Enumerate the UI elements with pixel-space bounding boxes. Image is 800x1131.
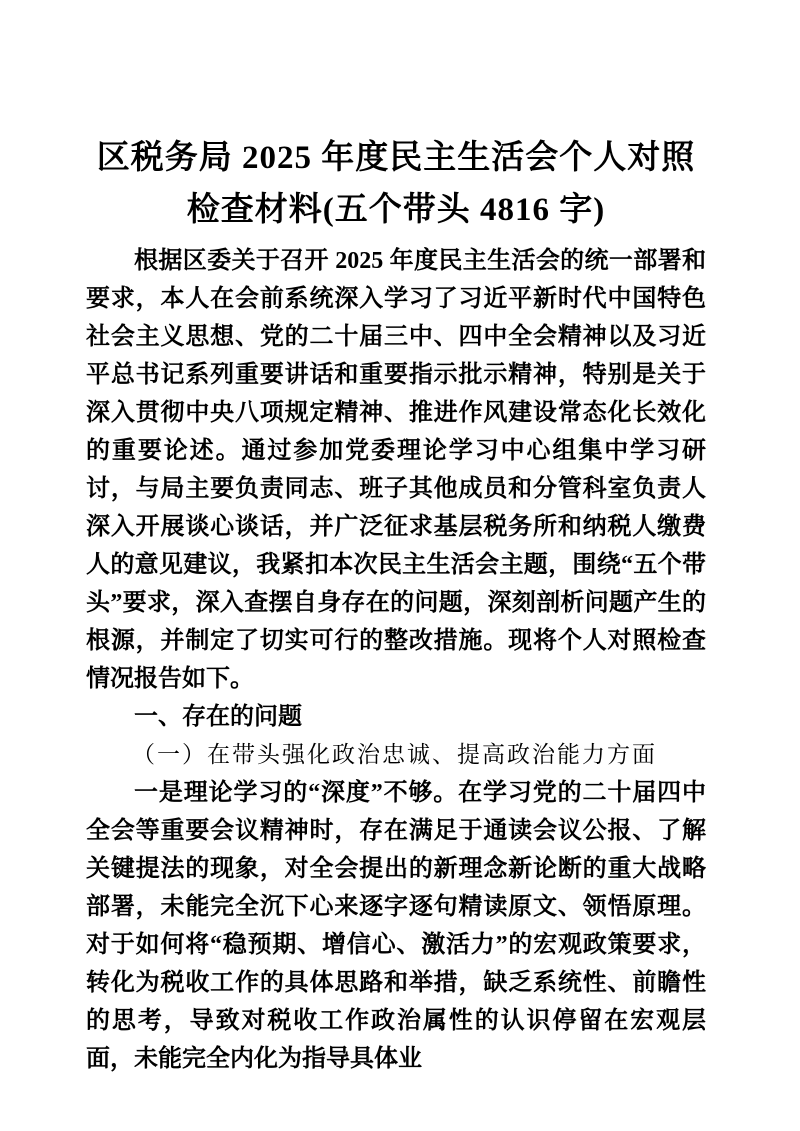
subsection-heading-political-loyalty: （一）在带头强化政治忠诚、提高政治能力方面 [86,736,706,774]
document-title: 区税务局 2025 年度民主生活会个人对照检查材料(五个带头 4816 字) [86,132,706,236]
paragraph-intro: 根据区委关于召开 2025 年度民主生活会的统一部署和要求，本人在会前系统深入学… [86,242,706,698]
document-page: 区税务局 2025 年度民主生活会个人对照检查材料(五个带头 4816 字) 根… [0,0,800,1131]
section-heading-existing-problems: 一、存在的问题 [86,698,706,736]
paragraph-theory-study-depth: 一是理论学习的“深度”不够。在学习党的二十届四中全会等重要会议精神时，存在满足于… [86,774,706,1078]
